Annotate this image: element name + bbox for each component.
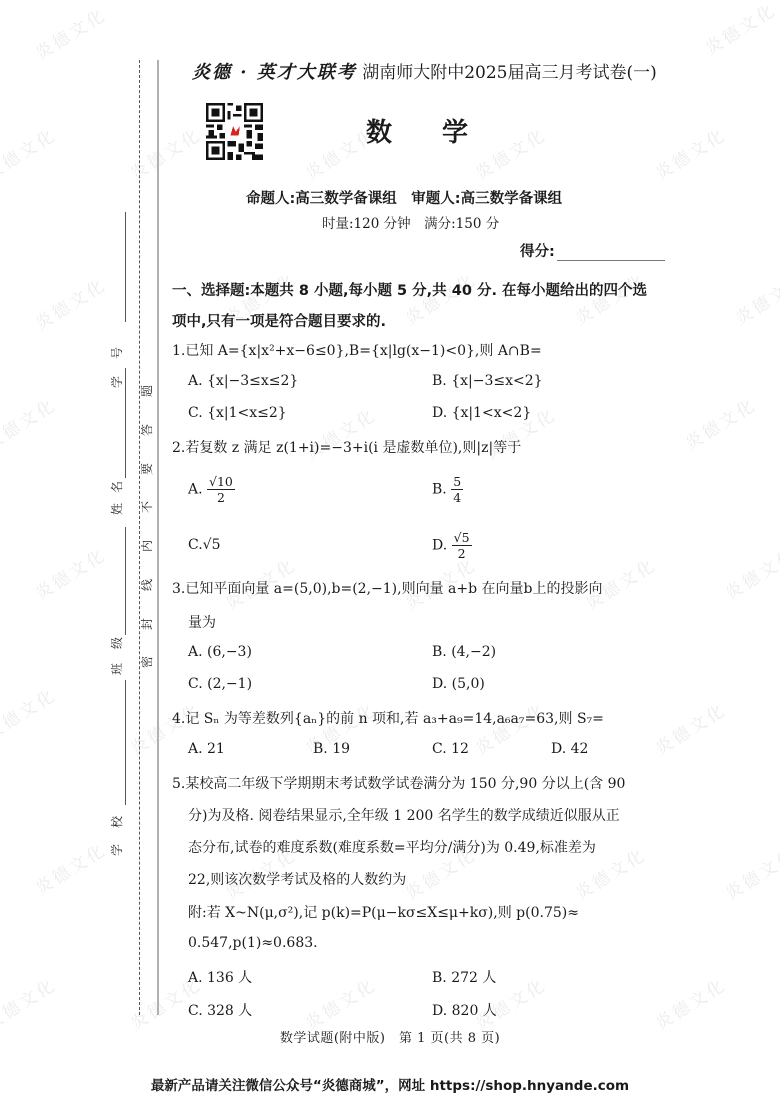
question-stem: 已知 A={x|x²+x−6≤0},B={x|lg(x−1)<0},则 A∩B= — [185, 343, 541, 359]
watermark: 炎德文化 — [29, 271, 110, 335]
watermark: 炎德文化 — [0, 971, 61, 1035]
fraction: √52 — [452, 530, 472, 561]
option-a[interactable]: A. {x|−3≤x≤2} — [188, 373, 298, 389]
seal-text-char: 封 — [140, 617, 154, 631]
score-input-line[interactable] — [557, 246, 665, 261]
brand-name: 炎德 · 英才大联考 — [192, 62, 357, 83]
option-b[interactable]: B. (4,−2) — [432, 644, 496, 660]
exam-title: 湖南师大附中2025届高三月考试卷(一) — [362, 63, 657, 83]
question-1: 1.已知 A={x|x²+x−6≤0},B={x|lg(x−1)<0},则 A∩… — [172, 340, 542, 360]
watermark: 炎德文化 — [649, 971, 730, 1035]
question-5-note: 附:若 X~N(μ,σ²),记 p(k)=P(μ−kσ≤X≤μ+kσ),则 p(… — [188, 902, 579, 922]
question-3: 3.已知平面向量 a=(5,0),b=(2,−1),则向量 a+b 在向量b上的… — [172, 578, 603, 598]
question-5-continuation: 态分布,试卷的难度系数(难度系数=平均分/满分)为 0.49,标准差为 — [188, 837, 596, 857]
field-label-char: 级 — [110, 636, 124, 650]
field-label-char: 学 — [110, 843, 124, 857]
score-label: 得分: — [520, 244, 555, 260]
denominator: 2 — [452, 546, 472, 561]
question-number: 1. — [172, 343, 185, 359]
option-b[interactable]: B. {x|−3≤x<2} — [432, 373, 543, 389]
denominator: 4 — [451, 490, 463, 505]
option-value: √5 — [203, 537, 221, 553]
fraction: √102 — [207, 474, 235, 505]
student-id-field-line[interactable] — [125, 212, 126, 322]
watermark: 炎德文化 — [649, 121, 730, 185]
option-d[interactable]: D. {x|1<x<2} — [432, 405, 531, 421]
seal-text-char: 线 — [140, 578, 154, 592]
section-instruction-line: 一、选择题:本题共 8 小题,每小题 5 分,共 40 分. 在每小题给出的四个… — [172, 279, 647, 300]
watermark: 炎德文化 — [679, 391, 760, 455]
question-stem: 已知平面向量 a=(5,0),b=(2,−1),则向量 a+b 在向量b上的投影… — [185, 581, 602, 597]
watermark: 炎德文化 — [0, 681, 61, 745]
numerator: √5 — [452, 530, 472, 546]
question-stem: 某校高二年级下学期期末考试数学试卷满分为 150 分,90 分以上(含 90 — [185, 776, 625, 792]
option-label: B. — [432, 482, 447, 498]
option-c[interactable]: C. {x|1<x≤2} — [188, 405, 287, 421]
question-5-continuation: 分)为及格. 阅卷结果显示,全年级 1 200 名学生的数学成绩近似服从正 — [188, 805, 620, 825]
margin-solid-line — [157, 60, 159, 1015]
question-stem: 若复数 z 满足 z(1+i)=−3+i(i 是虚数单位),则|z|等于 — [185, 440, 521, 456]
fraction: 54 — [451, 474, 463, 505]
seal-text-char: 答 — [140, 423, 154, 437]
subject-title: 数学 — [366, 112, 518, 149]
question-number: 4. — [172, 711, 185, 727]
seal-text-char: 内 — [140, 539, 154, 553]
seal-text-char: 要 — [140, 462, 154, 476]
denominator: 2 — [207, 490, 235, 505]
watermark: 炎德文化 — [29, 541, 110, 605]
option-a[interactable]: A. 21 — [188, 741, 225, 757]
option-d[interactable]: D. √52 — [432, 530, 472, 561]
section-instruction-line: 项中,只有一项是符合题目要求的. — [172, 310, 386, 331]
numerator: 5 — [451, 474, 463, 490]
option-c[interactable]: C. 328 人 — [188, 1000, 252, 1020]
question-stem: 记 Sₙ 为等差数列{aₙ}的前 n 项和,若 a₃+a₉=14,a₆a₇=63… — [185, 711, 604, 727]
seal-text-char: 密 — [140, 655, 154, 669]
option-label: A. — [188, 482, 203, 498]
score-field: 得分: — [520, 240, 665, 261]
field-label-char: 姓 — [110, 502, 124, 516]
question-2: 2.若复数 z 满足 z(1+i)=−3+i(i 是虚数单位),则|z|等于 — [172, 437, 521, 457]
watermark: 炎德文化 — [719, 841, 780, 905]
option-label: D. — [432, 538, 447, 554]
exam-header: 炎德 · 英才大联考 湖南师大附中2025届高三月考试卷(一) — [192, 58, 662, 84]
option-c[interactable]: C. (2,−1) — [188, 676, 252, 692]
option-d[interactable]: D. (5,0) — [432, 676, 485, 692]
question-number: 3. — [172, 581, 185, 597]
numerator: √10 — [207, 474, 235, 490]
field-label-char: 名 — [110, 480, 124, 494]
watermark: 炎德文化 — [299, 971, 380, 1035]
option-c[interactable]: C. 12 — [432, 741, 469, 757]
class-field-line[interactable] — [125, 527, 126, 635]
watermark: 炎德文化 — [124, 121, 205, 185]
watermark: 炎德文化 — [29, 836, 110, 900]
option-d[interactable]: D. 820 人 — [432, 1000, 497, 1020]
seal-dashed-line — [139, 60, 140, 1015]
question-5: 5.某校高二年级下学期期末考试数学试卷满分为 150 分,90 分以上(含 90 — [172, 773, 625, 793]
page-footer: 数学试题(附中版) 第 1 页(共 8 页) — [0, 1027, 780, 1046]
question-5-continuation: 22,则该次数学考试及格的人数约为 — [188, 869, 406, 889]
watermark: 炎德文化 — [719, 541, 780, 605]
authors-line: 命题人:高三数学备课组 审题人:高三数学备课组 — [246, 187, 562, 208]
name-field-line[interactable] — [125, 368, 126, 478]
option-c[interactable]: C.√5 — [188, 537, 221, 553]
option-b[interactable]: B. 19 — [313, 741, 350, 757]
watermark: 炎德文化 — [0, 121, 61, 185]
field-label-char: 校 — [110, 815, 124, 829]
watermark: 炎德文化 — [649, 696, 730, 760]
watermark: 炎德文化 — [729, 266, 780, 330]
promo-banner[interactable]: 最新产品请关注微信公众号“炎德商城”，网址 https://shop.hnyan… — [0, 1074, 780, 1094]
option-b[interactable]: B. 272 人 — [432, 967, 496, 987]
question-3-continuation: 量为 — [188, 612, 216, 632]
option-a[interactable]: A. (6,−3) — [188, 644, 252, 660]
question-4: 4.记 Sₙ 为等差数列{aₙ}的前 n 项和,若 a₃+a₉=14,a₆a₇=… — [172, 708, 604, 728]
option-b[interactable]: B. 54 — [432, 474, 463, 505]
watermark: 炎德文化 — [29, 1, 110, 65]
field-label-char: 号 — [110, 346, 124, 360]
question-number: 2. — [172, 440, 185, 456]
qr-code-icon[interactable] — [206, 103, 263, 160]
question-5-note: 0.547,p(1)≈0.683. — [188, 935, 318, 951]
option-label: C. — [188, 537, 203, 553]
watermark: 炎德文化 — [0, 391, 61, 455]
seal-text-char: 不 — [140, 500, 154, 514]
school-field-line[interactable] — [125, 680, 126, 805]
time-and-score: 时量:120 分钟 满分:150 分 — [322, 212, 499, 232]
question-number: 5. — [172, 776, 185, 792]
option-a[interactable]: A. 136 人 — [188, 967, 252, 987]
watermark: 炎德文化 — [699, 0, 780, 59]
option-a[interactable]: A. √102 — [188, 474, 235, 505]
field-label-char: 班 — [110, 662, 124, 676]
seal-text-char: 题 — [140, 384, 154, 398]
option-d[interactable]: D. 42 — [551, 741, 588, 757]
field-label-char: 学 — [110, 375, 124, 389]
